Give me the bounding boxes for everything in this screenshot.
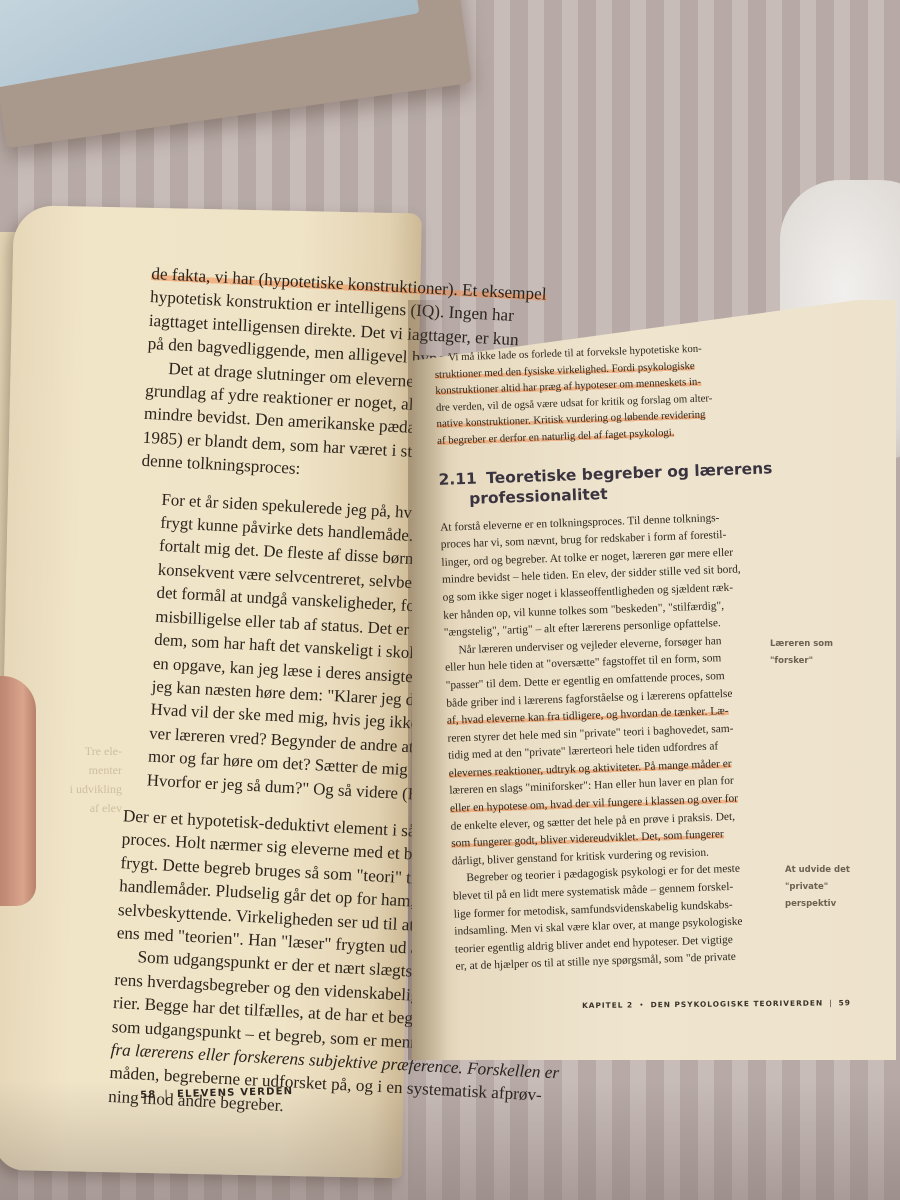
shadow bbox=[0, 1080, 900, 1200]
page-number: 59 bbox=[839, 998, 851, 1007]
thumb bbox=[0, 676, 36, 906]
margin-note-forsker: Læreren som "forsker" bbox=[770, 636, 833, 670]
section-number: 2.11 bbox=[438, 469, 477, 488]
summary-box: Vi må ikke lade os forlede til at forvek… bbox=[434, 339, 757, 450]
chapter-label: KAPITEL 2 bbox=[582, 1000, 633, 1010]
section-heading: 2.11 Teoretiske begreber og lærerens pro… bbox=[438, 458, 759, 509]
right-page-text: Vi må ikke lade os forlede til at forvek… bbox=[434, 339, 776, 977]
margin-note-perspektiv: At udvide det "private" perspektiv bbox=[785, 862, 850, 913]
left-page-text: de fakta, vi har (hypotetiske konstrukti… bbox=[108, 262, 452, 1124]
running-title: DEN PSYKOLOGISKE TEORIVERDEN bbox=[650, 998, 823, 1009]
block-quote: For et år siden spekulerede jeg på, hvor… bbox=[124, 486, 440, 806]
bleed-through-text: Tre ele-menteri udviklingaf elev bbox=[62, 742, 122, 818]
